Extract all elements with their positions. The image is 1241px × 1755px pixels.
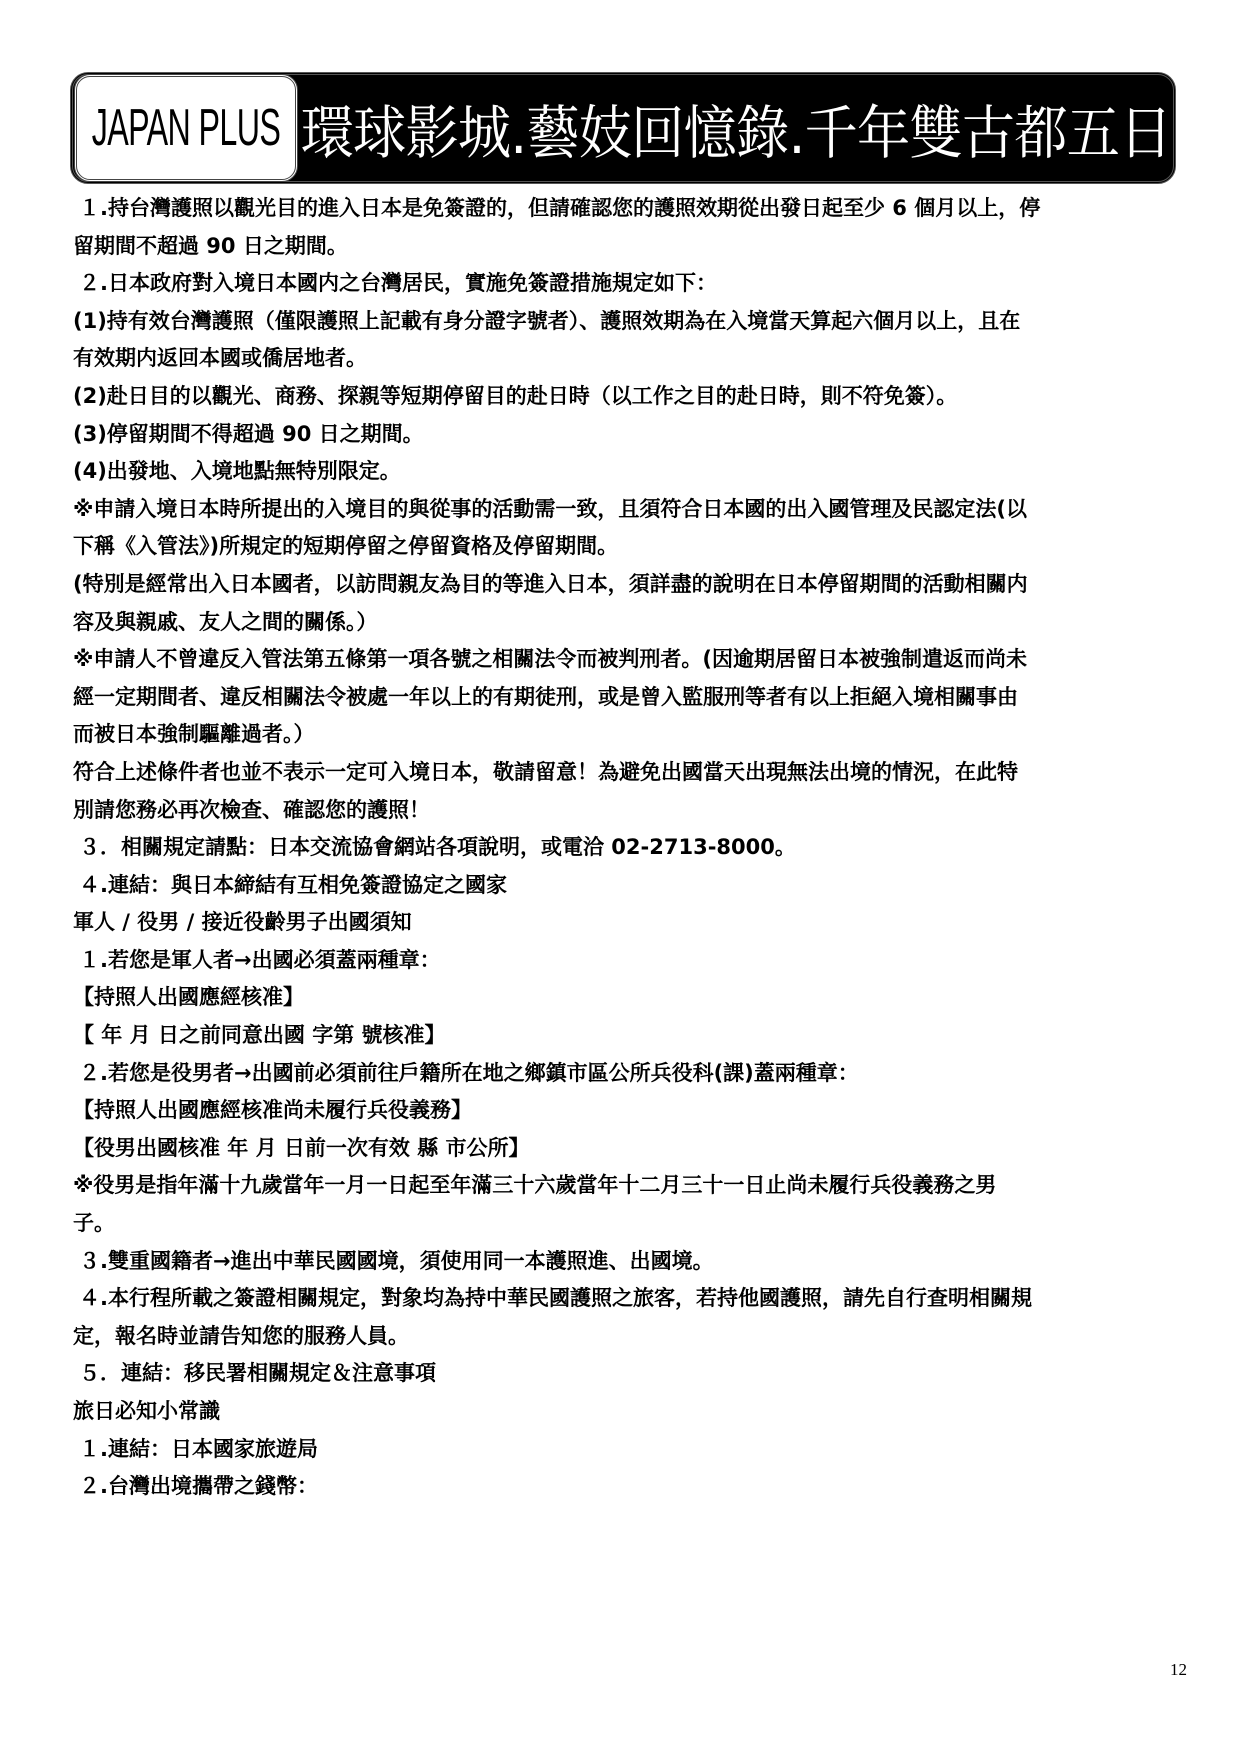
- text-line: (特別是經常出入日本國者，以訪問親友為目的等進入日本，須詳盡的說明在日本停留期間…: [73, 566, 1203, 604]
- text-line: ２.日本政府對入境日本國内之台灣居民，實施免簽證措施規定如下：: [73, 265, 1203, 303]
- text-line: ２.台灣出境攜帶之錢幣：: [73, 1468, 1203, 1506]
- text-line: ※申請人不曾違反入管法第五條第一項各號之相關法令而被判刑者。(因逾期居留日本被強…: [73, 641, 1203, 679]
- text-line: 而被日本強制驅離過者。）: [73, 716, 1203, 754]
- brand-logo-box: JAPAN PLUS: [74, 74, 298, 182]
- text-line: (3)停留期間不得超過 90 日之期間。: [73, 416, 1203, 454]
- link-line[interactable]: １.連結：日本國家旅遊局: [73, 1431, 1203, 1469]
- text-line: 留期間不超過 90 日之期間。: [73, 228, 1203, 266]
- text-line: 旅日必知小常識: [73, 1393, 1203, 1431]
- text-line: 軍人 / 役男 / 接近役齡男子出國須知: [73, 904, 1203, 942]
- link-line[interactable]: ５．連結：移民署相關規定＆注意事項: [73, 1355, 1203, 1393]
- text-line: ※役男是指年滿十九歲當年一月一日起至年滿三十六歲當年十二月三十一日止尚未履行兵役…: [73, 1167, 1203, 1205]
- text-line: 有效期内返回本國或僑居地者。: [73, 340, 1203, 378]
- text-line: (4)出發地、入境地點無特別限定。: [73, 453, 1203, 491]
- text-line: 【 年 月 日之前同意出國 字第 號核准】: [73, 1017, 1203, 1055]
- page-title: 環球影城.藝妓回憶錄.千年雙古都五日: [335, 76, 1137, 180]
- text-line: 【役男出國核准 年 月 日前一次有效 縣 市公所】: [73, 1130, 1203, 1168]
- text-line: 【持照人出國應經核准】: [73, 979, 1203, 1017]
- text-line: 定，報名時並請告知您的服務人員。: [73, 1318, 1203, 1356]
- text-line: 別請您務必再次檢查、確認您的護照！: [73, 792, 1203, 830]
- text-line: 容及與親戚、友人之間的關係。）: [73, 604, 1203, 642]
- page-number: 12: [1170, 1660, 1187, 1680]
- text-line: ３.雙重國籍者→進出中華民國國境，須使用同一本護照進、出國境。: [73, 1243, 1203, 1281]
- text-line: 【持照人出國應經核准尚未履行兵役義務】: [73, 1092, 1203, 1130]
- text-line: 子。: [73, 1205, 1203, 1243]
- text-line: 下稱《入管法》)所規定的短期停留之停留資格及停留期間。: [73, 528, 1203, 566]
- text-line: (1)持有效台灣護照（僅限護照上記載有身分證字號者）、護照效期為在入境當天算起六…: [73, 303, 1203, 341]
- text-line: 符合上述條件者也並不表示一定可入境日本，敬請留意！為避免出國當天出現無法出境的情…: [73, 754, 1203, 792]
- text-line: １.若您是軍人者→出國必須蓋兩種章：: [73, 942, 1203, 980]
- text-line: ※申請入境日本時所提出的入境目的與從事的活動需一致，且須符合日本國的出入國管理及…: [73, 491, 1203, 529]
- text-line: (2)赴日目的以觀光、商務、探親等短期停留目的赴日時（以工作之目的赴日時，則不符…: [73, 378, 1203, 416]
- text-line: ２.若您是役男者→出國前必須前往戶籍所在地之鄉鎮市區公所兵役科(課)蓋兩種章：: [73, 1055, 1203, 1093]
- text-line: 經一定期間者、違反相關法令被處一年以上的有期徒刑，或是曾入監服刑等者有以上拒絕入…: [73, 679, 1203, 717]
- link-line[interactable]: ４.連結：與日本締結有互相免簽證協定之國家: [73, 867, 1203, 905]
- text-line: ４.本行程所載之簽證相關規定，對象均為持中華民國護照之旅客，若持他國護照，請先自…: [73, 1280, 1203, 1318]
- document-body: １.持台灣護照以觀光目的進入日本是免簽證的，但請確認您的護照效期從出發日起至少 …: [73, 190, 1203, 1506]
- brand-logo: JAPAN PLUS: [92, 98, 280, 158]
- text-line: １.持台灣護照以觀光目的進入日本是免簽證的，但請確認您的護照效期從出發日起至少 …: [73, 190, 1203, 228]
- link-line[interactable]: ３．相關規定請點：日本交流協會網站各項說明，或電洽 02-2713-8000。: [73, 829, 1203, 867]
